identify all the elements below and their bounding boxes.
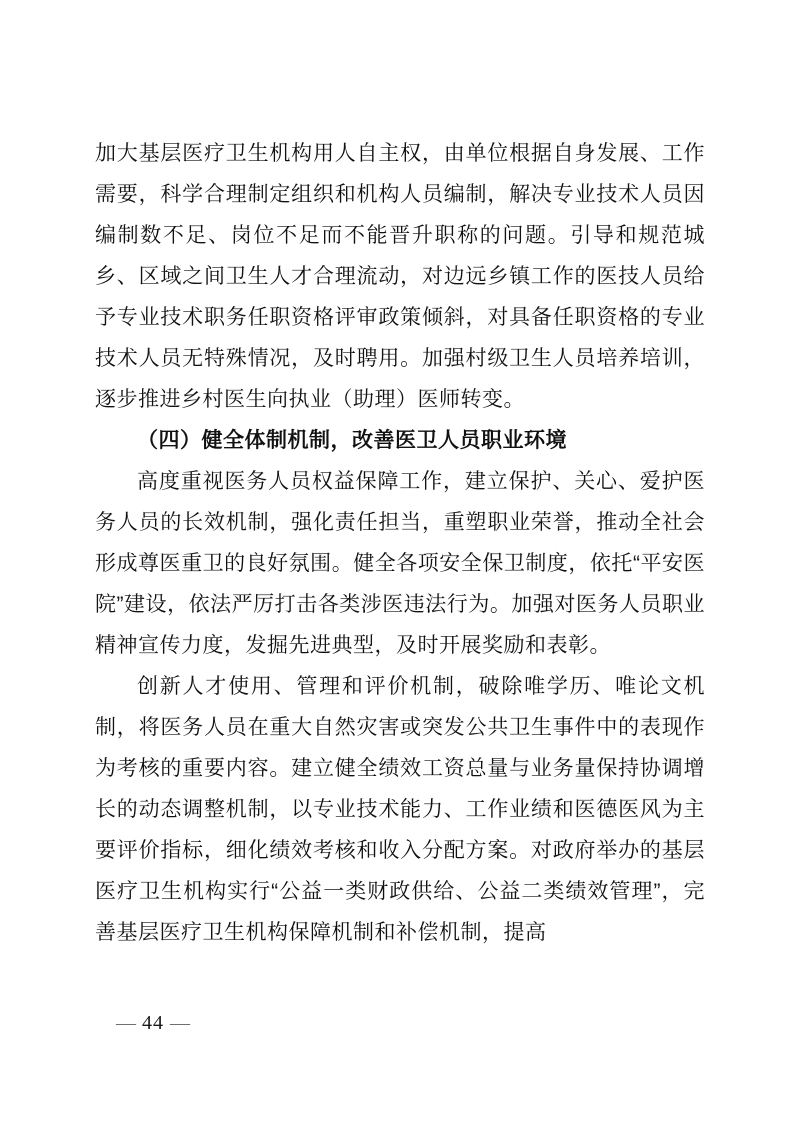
- paragraph: 创新人才使用、管理和评价机制，破除唯学历、唯论文机制，将医务人员在重大自然灾害或…: [95, 666, 705, 953]
- section-heading: （四）健全体制机制，改善医卫人员职业环境: [95, 420, 705, 461]
- footer-dash-right: —: [170, 1012, 190, 1034]
- paragraph: 高度重视医务人员权益保障工作，建立保护、关心、爱护医务人员的长效机制，强化责任担…: [95, 461, 705, 666]
- page-footer: —44—: [110, 1012, 196, 1035]
- page-number: 44: [142, 1012, 164, 1034]
- document-body: 加大基层医疗卫生机构用人自主权，由单位根据自身发展、工作需要，科学合理制定组织和…: [95, 133, 705, 953]
- document-page: 加大基层医疗卫生机构用人自主权，由单位根据自身发展、工作需要，科学合理制定组织和…: [0, 0, 793, 1122]
- paragraph-continuation: 加大基层医疗卫生机构用人自主权，由单位根据自身发展、工作需要，科学合理制定组织和…: [95, 133, 705, 420]
- footer-dash-left: —: [116, 1012, 136, 1034]
